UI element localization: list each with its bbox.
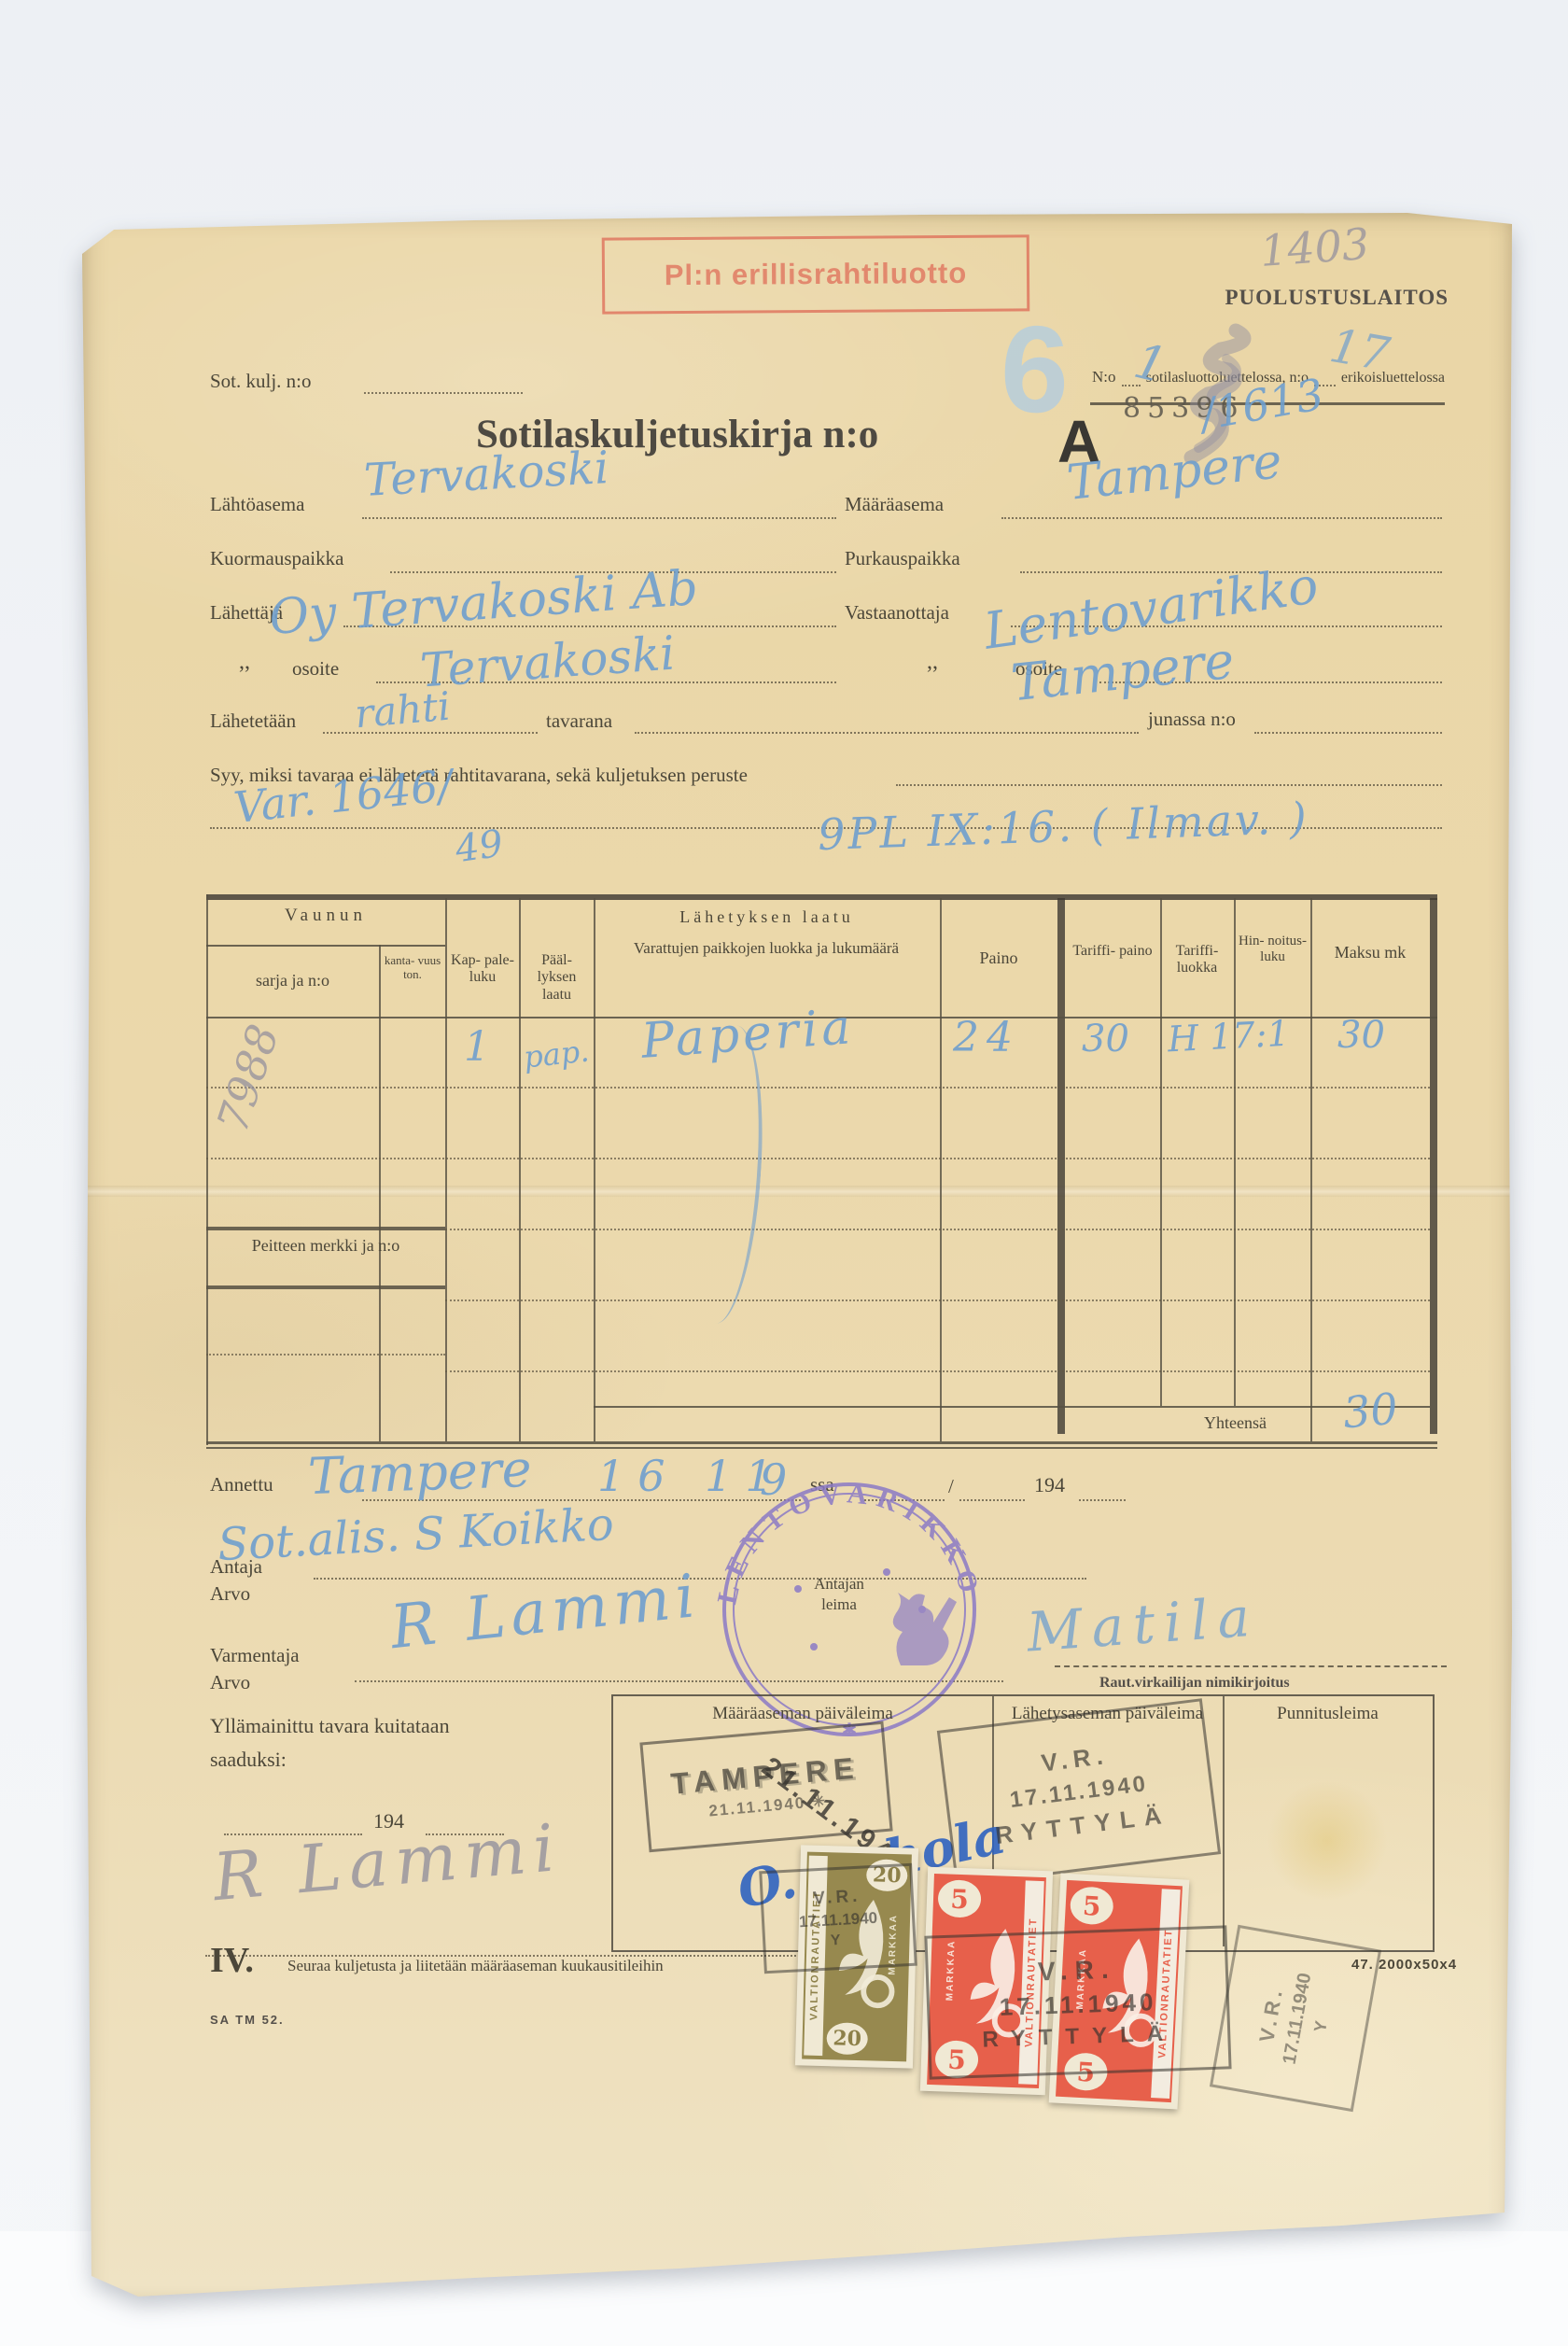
- sot-kulj-label: Sot. kulj. n:o: [210, 370, 312, 393]
- footer-iv: IV.: [210, 1940, 254, 1981]
- junassa-blank: [1254, 732, 1442, 734]
- annettu-blank-year: [1079, 1499, 1126, 1501]
- punnitus-blotch: [1267, 1780, 1388, 1902]
- vr-cancel-center: V.R. 17.11.1940 RYTTYLÄ: [924, 1925, 1231, 2079]
- paper-sheet: Pl:n erillisrahtiluotto 1403 PUOLUSTUSLA…: [82, 213, 1512, 2297]
- vr-cancel-left: V.R. 17.11.1940 Y: [759, 1863, 917, 1974]
- org-title: PUOLUSTUSLAITOS: [1225, 286, 1449, 310]
- cell-paallys-value: pap.: [522, 1033, 591, 1075]
- table-top-border: [206, 894, 1437, 900]
- yhteensa-value: 30: [1341, 1384, 1400, 1439]
- peitteen-bottom-line: [206, 1285, 445, 1289]
- stamp20-value-bottom-text: 20: [833, 2026, 861, 2051]
- header-paino: Paino: [940, 948, 1057, 968]
- header-kantavuus: kanta- vuus ton.: [382, 954, 443, 982]
- special-freight-credit-stamp: Pl:n erillisrahtiluotto: [602, 234, 1030, 314]
- maaraasema-blank: [1001, 517, 1442, 519]
- no-label: N:o: [1092, 368, 1116, 386]
- syy-value-1b: 49: [453, 822, 506, 872]
- maaraasema-label: Määräasema: [845, 493, 944, 516]
- annettu-label: Annettu: [210, 1473, 273, 1496]
- varmentaja-arvo-label: Arvo: [210, 1671, 250, 1694]
- syy-blank1: [896, 784, 1442, 786]
- box3-label: Punnitusleima: [1223, 1704, 1433, 1724]
- rail-official-signature: Matila: [1025, 1584, 1261, 1664]
- purkauspaikka-label: Purkauspaikka: [845, 547, 960, 570]
- vr-cancel-right-date: 17.11.1940: [1280, 1972, 1317, 2066]
- box1-label: Määräaseman päiväleima: [613, 1704, 992, 1724]
- antaja-arvo-label: Arvo: [210, 1582, 250, 1606]
- lahetetaan-blank2: [635, 732, 1139, 734]
- special-freight-credit-stamp-text: Pl:n erillisrahtiluotto: [665, 257, 968, 292]
- lion-emblem: [893, 1593, 957, 1665]
- vr-ryttyla-vr: V.R.: [1040, 1741, 1110, 1778]
- stamp5a-value-top: 5: [937, 1879, 981, 1918]
- lahetetaan-label: Lähetetään: [210, 709, 296, 733]
- box-divider-2: [1223, 1696, 1225, 1946]
- stamp5a-value-top-text: 5: [950, 1883, 970, 1915]
- peitteen-dotted: [206, 1354, 445, 1356]
- col-div-hinn-maksu: [1310, 898, 1312, 1441]
- lahetetaan-blank1: [323, 732, 538, 734]
- col-div-paallys-lahetys: [594, 898, 595, 1441]
- list-end-label: erikoisluettelossa: [1341, 370, 1445, 386]
- antaja-value: Sot.alis. S Koikko: [217, 1498, 615, 1571]
- varmentaja-label: Varmentaja: [210, 1644, 300, 1667]
- header-kpl: Kap- pale- luku: [448, 952, 517, 987]
- col-div-heavy-tariff: [1057, 898, 1065, 1434]
- lahetetaan-value: rahti: [353, 683, 452, 738]
- stamp5b-value-top: 5: [1070, 1886, 1114, 1925]
- receipt-line1: Yllämainittu tavara kuitataan: [210, 1714, 450, 1738]
- receipt-line2: saaduksi:: [210, 1748, 287, 1772]
- osoite-left-label: osoite: [292, 657, 339, 681]
- yhteensa-label: Yhteensä: [1160, 1413, 1310, 1433]
- vr-cancel-center-date: 17.11.1940: [999, 1988, 1157, 2022]
- yhteensa-top-line: [594, 1406, 1430, 1408]
- col-div-kanta-kpl: [445, 898, 447, 1441]
- rail-signature-line: [1055, 1665, 1447, 1667]
- cell-maksu-value: 30: [1337, 1014, 1385, 1057]
- osoite-right-quote: ,,: [927, 650, 938, 675]
- paper-surface: Pl:n erillisrahtiluotto 1403 PUOLUSTUSLA…: [82, 213, 1512, 2297]
- cell-sarja-value: 7988: [207, 1018, 289, 1138]
- vr-cancel-right-station: Y: [1310, 2012, 1333, 2033]
- row-dotted-4: [445, 1299, 1430, 1301]
- rail-caption: Raut.virkailijan nimikirjoitus: [1099, 1675, 1290, 1692]
- vr-cancel-center-station: RYTTYLÄ: [982, 2020, 1177, 2053]
- header-maksu: Maksu mk: [1313, 943, 1427, 962]
- annettu-194: 194: [1034, 1473, 1065, 1497]
- cell-paino-value: 24: [953, 1014, 1020, 1061]
- vr-ryttyla-stamp: V.R. 17.11.1940 RYTTYLÄ: [937, 1698, 1221, 1887]
- peitteen-label: Peitteen merkki ja n:o: [216, 1236, 436, 1256]
- row-dotted-2: [206, 1158, 1430, 1159]
- peitteen-top-line: [206, 1227, 445, 1230]
- osoite-left-value: Tervakoski: [418, 626, 677, 698]
- header-paallys: Pääl- lyksen laatu: [522, 952, 592, 1004]
- vr-cancel-center-vr: V.R.: [1037, 1954, 1116, 1987]
- round-stamp-org-text: LENTOVARIKKO: [711, 1478, 987, 1607]
- vr-cancel-left-date: 17.11.1940: [799, 1909, 878, 1932]
- vr-cancel-right-rotated: V.R. 17.11.1940 Y: [1210, 1925, 1381, 2112]
- cell-kpl-value: 1: [464, 1023, 490, 1071]
- receipt-signature: R Lammi: [210, 1809, 565, 1916]
- stamp5b-value-top-text: 5: [1082, 1889, 1101, 1921]
- header-lahetys-1: Lähetyksen laatu: [594, 907, 940, 927]
- osoite-left-quote: ,,: [239, 650, 250, 675]
- pencil-number: 1403: [1258, 218, 1371, 276]
- vr-cancel-left-station: Y: [830, 1932, 848, 1949]
- freight-table: Vaunun sarja ja n:o kanta- vuus ton. Kap…: [206, 894, 1437, 1449]
- vastaanottaja-label: Vastaanottaja: [845, 601, 949, 625]
- tavarana-label: tavarana: [546, 709, 612, 733]
- row-dotted-3: [445, 1229, 1430, 1230]
- header-hinnoitus: Hin- noitus- luku: [1237, 934, 1309, 966]
- col-div-kpl-paallys: [519, 898, 521, 1441]
- sot-kulj-blank: [364, 392, 523, 394]
- footer-form-code: SA TM 52.: [210, 2013, 285, 2027]
- syy-value-2: 9PL IX:16. ( Ilmav. ): [817, 793, 1309, 860]
- svg-text:LENTOVARIKKO: LENTOVARIKKO: [711, 1478, 987, 1607]
- col-div-sarja-kanta: [379, 945, 381, 1441]
- header-tariffipaino: Tariffi- paino: [1071, 943, 1155, 960]
- lahtoasema-label: Lähtöasema: [210, 493, 304, 516]
- col-div-luokka-hinn: [1234, 898, 1236, 1406]
- scanned-document-page: Pl:n erillisrahtiluotto 1403 PUOLUSTUSLA…: [0, 0, 1568, 2346]
- vr-cancel-left-vr: V.R.: [813, 1887, 861, 1910]
- vaunun-split-line: [206, 945, 445, 947]
- table-right-heavy-border: [1430, 898, 1437, 1434]
- header-sarja: sarja ja n:o: [206, 971, 379, 990]
- footer-note: Seuraa kuljetusta ja liitetään määräasem…: [287, 1957, 664, 1975]
- header-tariffiluokka: Tariffi- luokka: [1162, 943, 1232, 977]
- header-lahetys-2: Varattujen paikkojen luokka ja lukumäärä: [631, 939, 902, 958]
- col-div-lahetys-paino: [940, 898, 942, 1441]
- lahtoasema-blank: [362, 517, 836, 519]
- cell-luokka-value: H 17:1: [1167, 1013, 1291, 1061]
- cell-tariffipaino-value: 30: [1082, 1018, 1129, 1061]
- row-dotted-1: [206, 1087, 1430, 1089]
- row-dotted-5: [445, 1370, 1430, 1372]
- kuormauspaikka-label: Kuormauspaikka: [210, 547, 343, 570]
- junassa-label: junassa n:o: [1148, 708, 1236, 731]
- lahtoasema-value: Tervakoski: [363, 442, 610, 507]
- handwritten-parenthesis: [681, 1023, 771, 1326]
- header-vaunun: Vaunun: [206, 906, 445, 926]
- annettu-place-value: Tampere: [307, 1440, 533, 1506]
- stamp20-value-bottom: 20: [826, 2022, 868, 2055]
